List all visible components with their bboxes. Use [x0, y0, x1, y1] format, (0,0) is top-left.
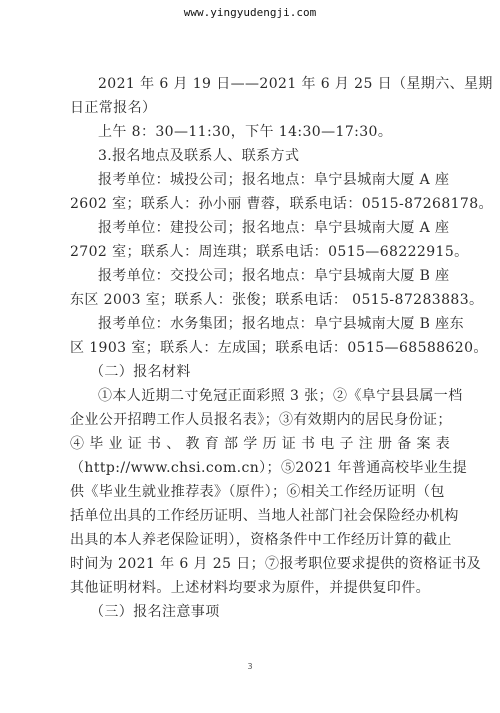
registration-hours: 上午 8：30—11:30，下午 14:30—17:30。 — [70, 120, 450, 144]
document-page: 2021 年 6 月 19 日——2021 年 6 月 25 日（星期六、星期 … — [70, 72, 450, 624]
section-heading-notes: （三）报名注意事项 — [70, 600, 450, 624]
contact-shuiwu: 报考单位：水务集团；报名地点：阜宁县城南大厦 B 座东 — [70, 312, 450, 336]
contact-chengtou-cont: 2602 室；联系人：孙小丽 曹蓉，联系电话：0515-87268178。 — [70, 192, 450, 216]
materials-paragraph-cont: 企业公开招聘工作人员报名表》；③有效期内的居民身份证； — [70, 408, 450, 432]
materials-paragraph-cont: 其他证明材料。上述材料均要求为原件，并提供复印件。 — [70, 576, 450, 600]
section-heading-location-contacts: 3.报名地点及联系人、联系方式 — [70, 144, 450, 168]
materials-paragraph-cont: ④ 毕 业 证 书 、 教 育 部 学 历 证 书 电 子 注 册 备 案 表 — [70, 432, 450, 456]
contact-chengtou: 报考单位：城投公司；报名地点：阜宁县城南大厦 A 座 — [70, 168, 450, 192]
materials-paragraph-cont: （http://www.chsi.com.cn）；⑤2021 年普通高校毕业生提 — [70, 456, 450, 480]
contact-jiantou: 报考单位：建投公司；报名地点：阜宁县城南大厦 A 座 — [70, 216, 450, 240]
materials-paragraph-cont: 括单位出具的工作经历证明、当地人社部门社会保险经办机构 — [70, 504, 450, 528]
site-watermark: www.yingyudengji.com — [0, 6, 500, 19]
contact-jiantou-cont: 2702 室；联系人：周连琪；联系电话：0515—68222915。 — [70, 240, 450, 264]
contact-shuiwu-cont: 区 1903 室；联系人：左成国；联系电话：0515—68588620。 — [70, 336, 450, 360]
contact-jiaotou-cont: 东区 2003 室；联系人：张俊；联系电话： 0515-87283883。 — [70, 288, 450, 312]
materials-paragraph: ①本人近期二寸免冠正面彩照 3 张；②《阜宁县县属一档 — [70, 384, 450, 408]
contact-jiaotou: 报考单位：交投公司；报名地点：阜宁县城南大厦 B 座 — [70, 264, 450, 288]
materials-paragraph-cont: 时间为 2021 年 6 月 25 日；⑦报考职位要求提供的资格证书及 — [70, 552, 450, 576]
materials-paragraph-cont: 出具的本人养老保险证明），资格条件中工作经历计算的截止 — [70, 528, 450, 552]
section-heading-materials: （二）报名材料 — [70, 360, 450, 384]
registration-date-line: 2021 年 6 月 19 日——2021 年 6 月 25 日（星期六、星期 — [70, 72, 450, 96]
registration-date-line-cont: 日正常报名） — [70, 96, 450, 120]
page-number: 3 — [0, 662, 500, 671]
materials-paragraph-cont: 供《毕业生就业推荐表》（原件）；⑥相关工作经历证明（包 — [70, 480, 450, 504]
